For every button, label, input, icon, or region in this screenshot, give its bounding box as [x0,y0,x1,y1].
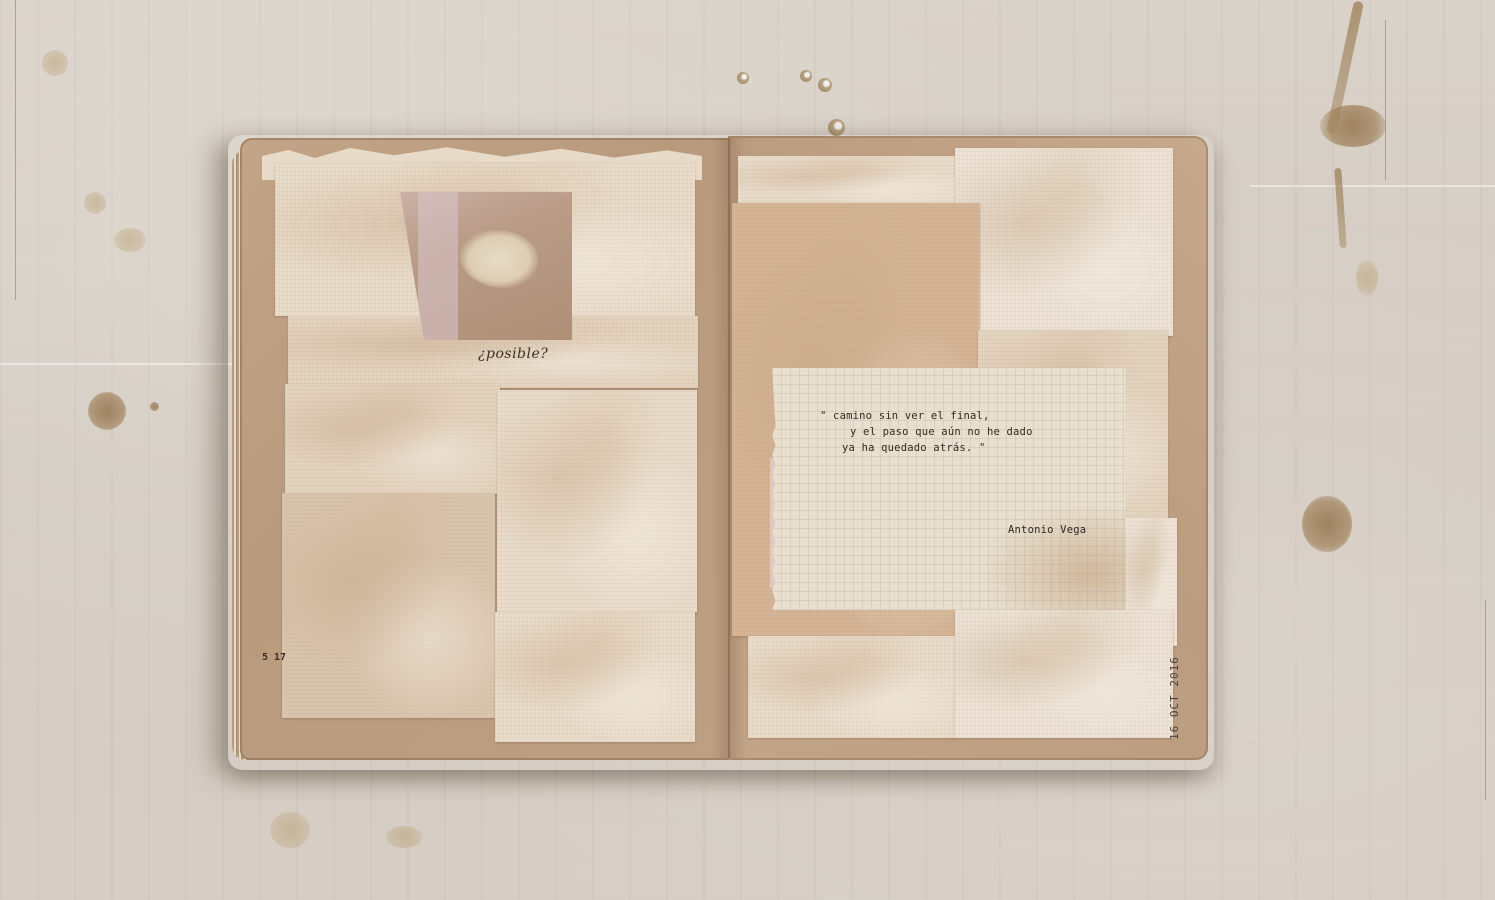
water-drop [737,72,749,84]
coffee-stain [88,392,126,430]
paper-scrap [955,148,1173,336]
water-stain [84,192,106,214]
quote-author: Antonio Vega [1008,524,1086,536]
photo-blot-shape [460,230,538,288]
water-stain [42,50,68,76]
table-scratch [1485,600,1486,800]
paper-scrap [285,384,500,494]
date-stamp: 16 OCT 2016 [1168,656,1181,740]
coffee-stain [1302,496,1352,552]
table-streak [0,363,240,365]
typed-quote-card: " camino sin ver el final, y el paso que… [772,368,1126,610]
paper-scrap [738,156,960,206]
paper-scrap [748,636,956,738]
water-drop [818,78,832,92]
paper-scrap [495,612,695,742]
water-drop [828,119,845,136]
water-stain [1356,260,1378,296]
quote-line-2: y el paso que aún no he dado [850,426,1033,438]
paper-scrap [282,493,495,718]
paper-scrap [955,610,1173,738]
coffee-stain [150,402,159,411]
water-stain [270,812,310,848]
quote-line-1: " camino sin ver el final, [820,410,990,422]
table-streak [1250,185,1495,187]
quote-line-3: ya ha quedado atrás. " [842,442,985,454]
coffee-drip [1334,168,1347,248]
table-scratch [1385,20,1386,180]
table-scratch [15,0,16,300]
handwritten-note: ¿posible? [478,346,548,362]
water-drop [800,70,812,82]
water-stain [385,826,423,848]
photo-tint [418,192,458,340]
paper-scrap [497,390,697,612]
tilted-photo-card [400,192,572,340]
water-stain [114,228,146,252]
page-stamp-number: 5 17 [262,652,286,663]
